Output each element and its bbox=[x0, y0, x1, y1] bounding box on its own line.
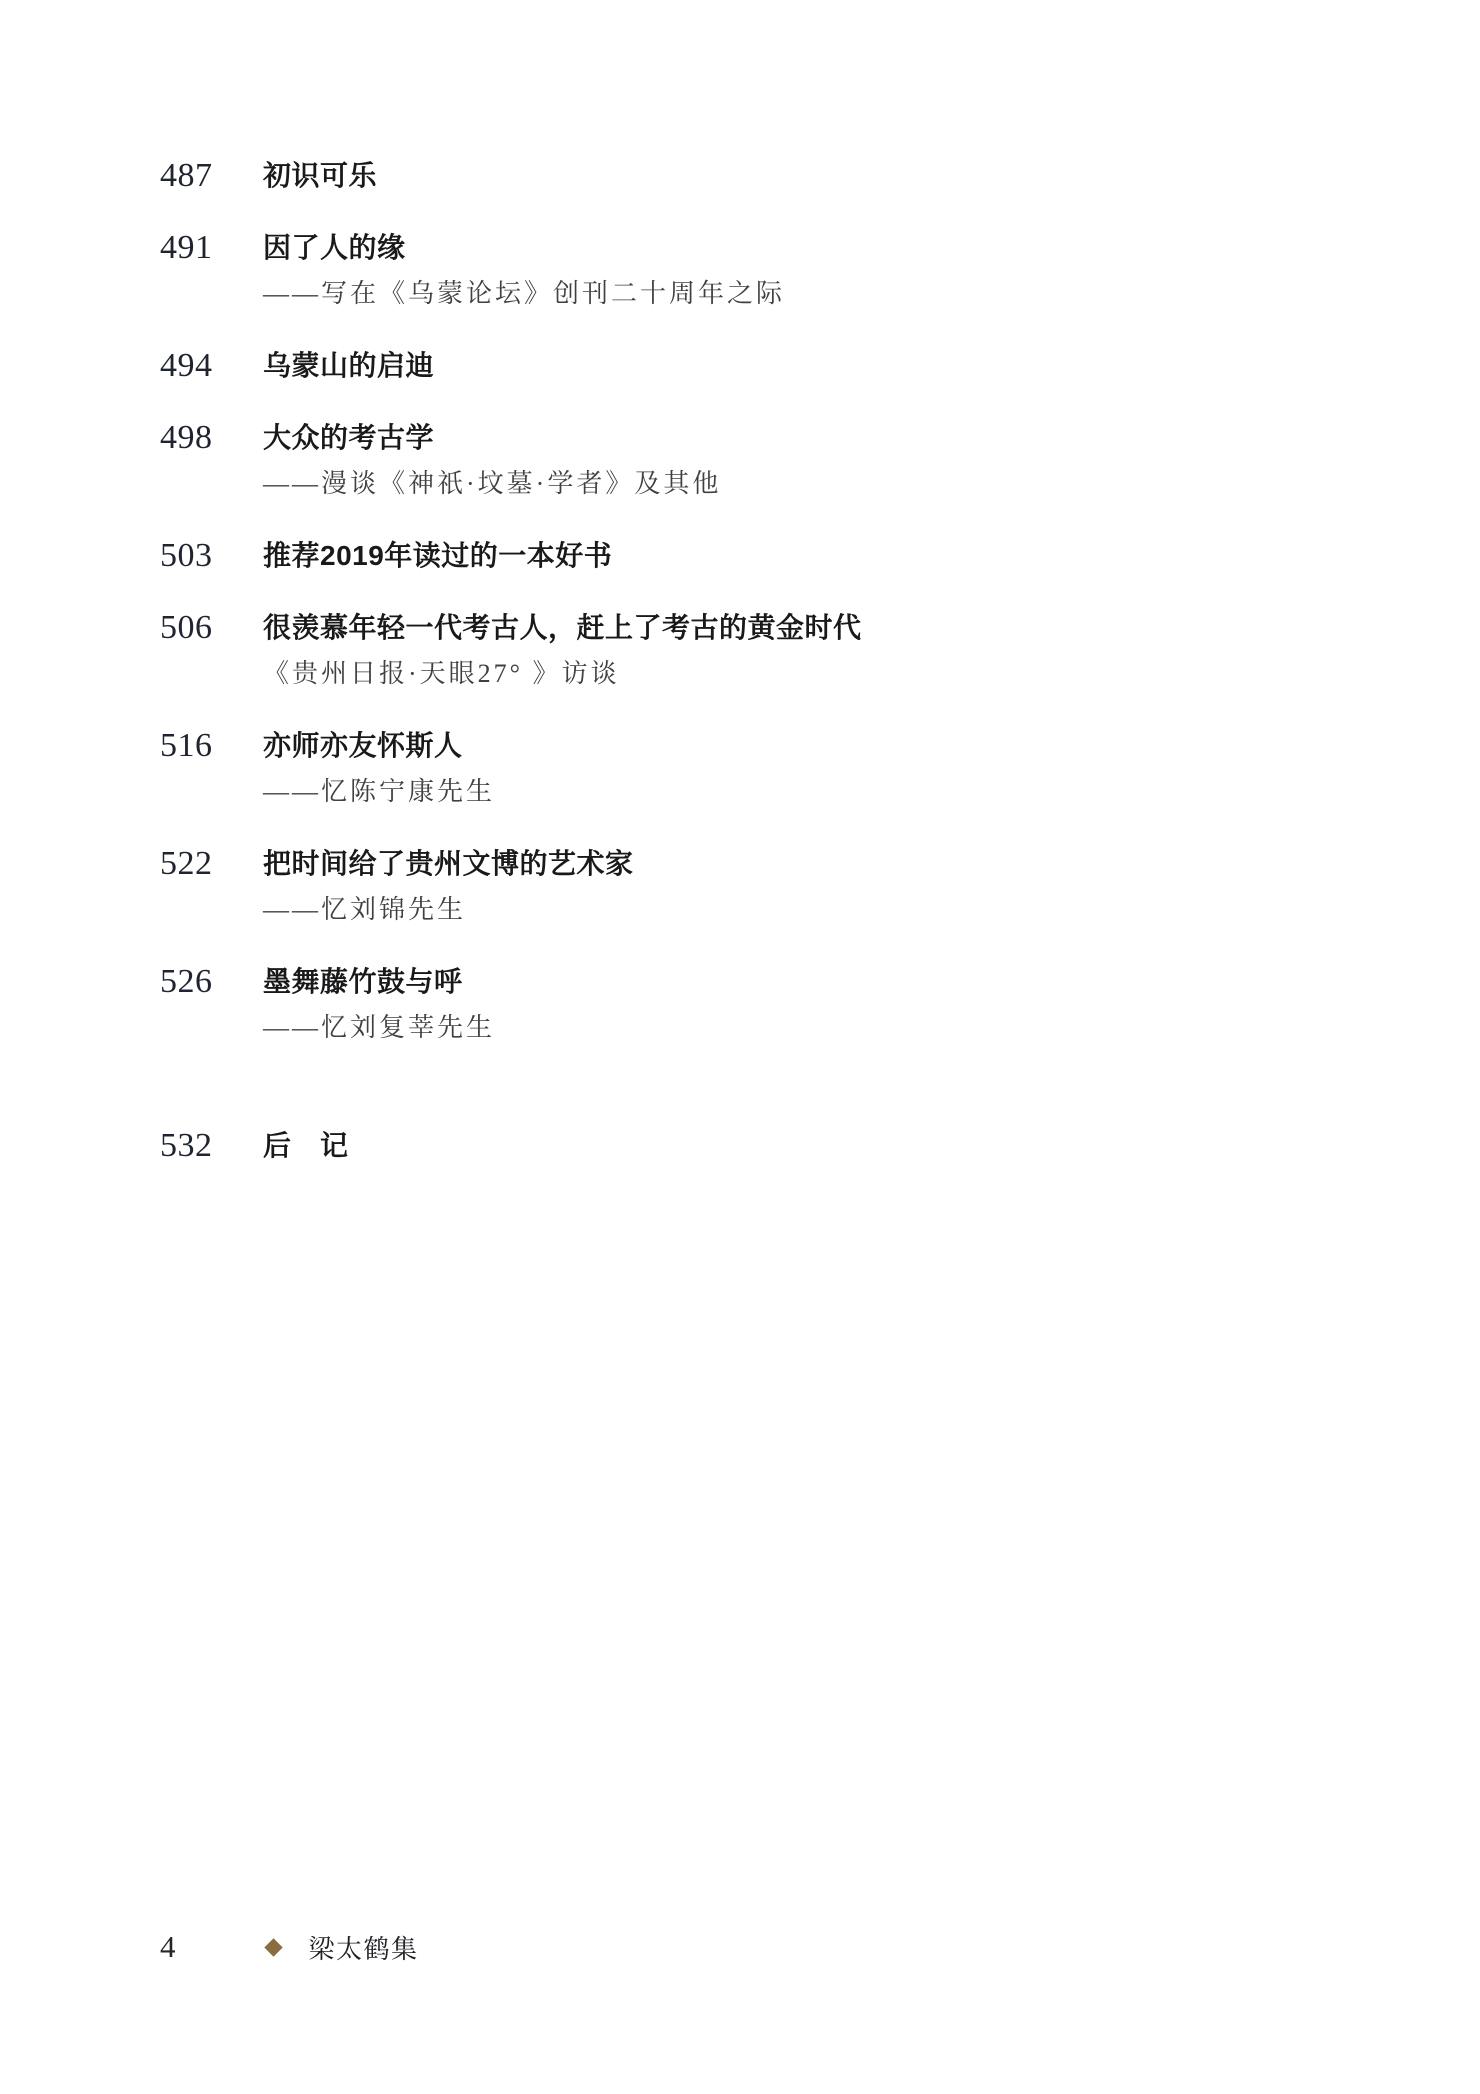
entry-title: 后 记 bbox=[263, 1123, 1340, 1169]
entry-page-number: 498 bbox=[160, 415, 263, 461]
toc-entry: 491 因了人的缘 ——写在《乌蒙论坛》创刊二十周年之际 bbox=[160, 225, 1340, 317]
entry-page-number: 491 bbox=[160, 225, 263, 271]
entry-title: 亦师亦友怀斯人 bbox=[263, 723, 1340, 769]
entry-page-number: 506 bbox=[160, 605, 263, 651]
footer-book-title: 梁太鹤集 bbox=[309, 1929, 419, 1966]
entry-page-number: 526 bbox=[160, 959, 263, 1005]
entry-title: 把时间给了贵州文博的艺术家 bbox=[263, 841, 1340, 887]
entry-page-number: 487 bbox=[160, 153, 263, 199]
entry-title: 乌蒙山的启迪 bbox=[263, 343, 1340, 389]
entry-title: 大众的考古学 bbox=[263, 415, 1340, 461]
toc-entry: 503 推荐2019年读过的一本好书 bbox=[160, 533, 1340, 579]
entry-text: 因了人的缘 ——写在《乌蒙论坛》创刊二十周年之际 bbox=[263, 225, 1340, 317]
entry-text: 乌蒙山的启迪 bbox=[263, 343, 1340, 389]
entry-page-number: 532 bbox=[160, 1123, 263, 1169]
entry-subtitle: 《贵州日报·天眼27° 》访谈 bbox=[263, 651, 1340, 697]
toc-entry: 526 墨舞藤竹鼓与呼 ——忆刘复莘先生 bbox=[160, 959, 1340, 1051]
entry-text: 墨舞藤竹鼓与呼 ——忆刘复莘先生 bbox=[263, 959, 1340, 1051]
footer-page-number: 4 bbox=[160, 1929, 176, 1965]
toc-entry: 498 大众的考古学 ——漫谈《神祇·坟墓·学者》及其他 bbox=[160, 415, 1340, 507]
entry-title: 因了人的缘 bbox=[263, 225, 1340, 271]
entry-page-number: 516 bbox=[160, 723, 263, 769]
entry-text: 推荐2019年读过的一本好书 bbox=[263, 533, 1340, 579]
toc-entry: 487 初识可乐 bbox=[160, 153, 1340, 199]
entry-subtitle: ——漫谈《神祇·坟墓·学者》及其他 bbox=[263, 461, 1340, 507]
entry-subtitle: ——写在《乌蒙论坛》创刊二十周年之际 bbox=[263, 271, 1340, 317]
toc-page: 487 初识可乐 491 因了人的缘 ——写在《乌蒙论坛》创刊二十周年之际 49… bbox=[0, 0, 1480, 2094]
toc-list: 487 初识可乐 491 因了人的缘 ——写在《乌蒙论坛》创刊二十周年之际 49… bbox=[160, 153, 1340, 1195]
page-footer: 4 梁太鹤集 bbox=[160, 1931, 419, 1963]
toc-entry: 532 后 记 bbox=[160, 1123, 1340, 1169]
entry-text: 后 记 bbox=[263, 1123, 1340, 1169]
entry-title: 初识可乐 bbox=[263, 153, 1340, 199]
entry-title: 墨舞藤竹鼓与呼 bbox=[263, 959, 1340, 1005]
diamond-icon bbox=[264, 1938, 282, 1956]
toc-entry: 516 亦师亦友怀斯人 ——忆陈宁康先生 bbox=[160, 723, 1340, 815]
entry-page-number: 522 bbox=[160, 841, 263, 887]
entry-title: 推荐2019年读过的一本好书 bbox=[263, 533, 1340, 579]
entry-text: 亦师亦友怀斯人 ——忆陈宁康先生 bbox=[263, 723, 1340, 815]
entry-text: 初识可乐 bbox=[263, 153, 1340, 199]
entry-text: 把时间给了贵州文博的艺术家 ——忆刘锦先生 bbox=[263, 841, 1340, 933]
toc-entry: 522 把时间给了贵州文博的艺术家 ——忆刘锦先生 bbox=[160, 841, 1340, 933]
entry-subtitle: ——忆刘复莘先生 bbox=[263, 1005, 1340, 1051]
entry-page-number: 503 bbox=[160, 533, 263, 579]
entry-text: 大众的考古学 ——漫谈《神祇·坟墓·学者》及其他 bbox=[263, 415, 1340, 507]
entry-subtitle: ——忆刘锦先生 bbox=[263, 887, 1340, 933]
toc-entry: 506 很羡慕年轻一代考古人，赶上了考古的黄金时代 《贵州日报·天眼27° 》访… bbox=[160, 605, 1340, 697]
entry-subtitle: ——忆陈宁康先生 bbox=[263, 769, 1340, 815]
entry-title: 很羡慕年轻一代考古人，赶上了考古的黄金时代 bbox=[263, 605, 1340, 651]
toc-entry: 494 乌蒙山的启迪 bbox=[160, 343, 1340, 389]
entry-page-number: 494 bbox=[160, 343, 263, 389]
entry-text: 很羡慕年轻一代考古人，赶上了考古的黄金时代 《贵州日报·天眼27° 》访谈 bbox=[263, 605, 1340, 697]
